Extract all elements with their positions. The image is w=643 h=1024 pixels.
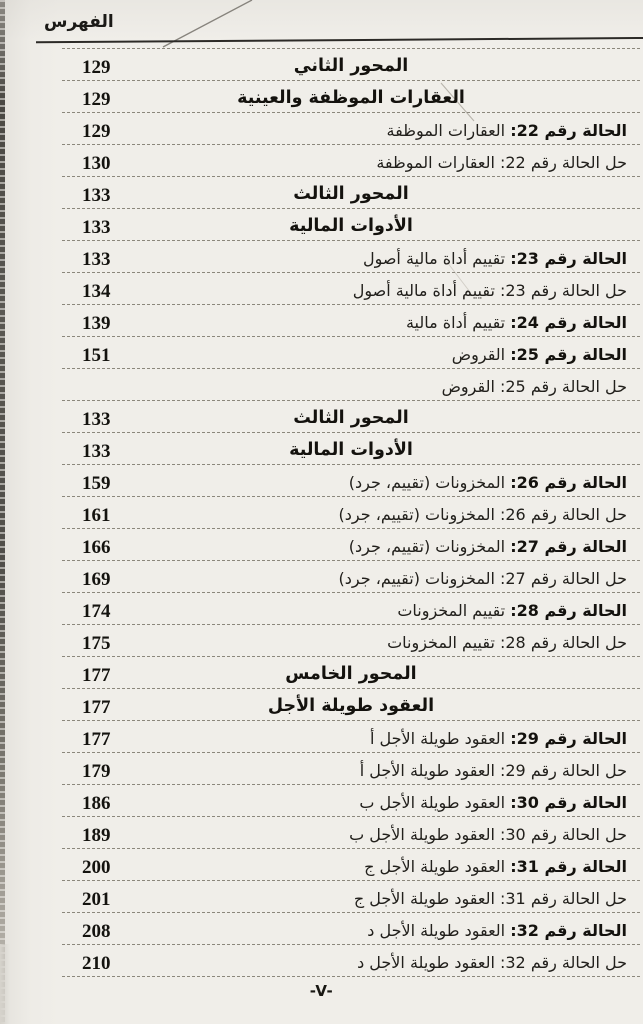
toc-row: الحالة رقم 22: العقارات الموظفة129 xyxy=(62,113,640,145)
entry-title: العقارات الموظفة والعينية xyxy=(62,89,640,108)
toc-row: الحالة رقم 23: تقييم أداة مالية أصول133 xyxy=(62,241,640,273)
entry-page-number: 179 xyxy=(82,762,111,781)
entry-title: العقود طويلة الأجل xyxy=(62,697,640,716)
toc-row: حل الحالة رقم 27: المخزونات (تقييم، جرد)… xyxy=(62,561,640,593)
toc-row: حل الحالة رقم 30: العقود طويلة الأجل ب18… xyxy=(62,817,640,849)
toc-row: حل الحالة رقم 26: المخزونات (تقييم، جرد)… xyxy=(62,497,640,529)
entry-page-number: 130 xyxy=(82,154,111,173)
entry-title: المحور الثالث xyxy=(62,185,640,204)
entry-title: حل الحالة رقم 25: القروض xyxy=(162,378,627,396)
entry-title-bold-prefix: الحالة رقم 23: xyxy=(510,249,627,268)
entry-title-rest: القروض xyxy=(452,345,510,364)
header-rule xyxy=(36,37,643,43)
entry-page-number: 139 xyxy=(82,314,111,333)
entry-title: الحالة رقم 31: العقود طويلة الأجل ج xyxy=(162,858,627,876)
toc-row: الأدوات المالية133 xyxy=(62,433,640,465)
entry-title-rest: المخزونات (تقييم، جرد) xyxy=(349,473,510,492)
entry-title: الحالة رقم 30: العقود طويلة الأجل ب xyxy=(162,794,627,812)
entry-title-bold-prefix: الحالة رقم 31: xyxy=(510,857,627,876)
entry-title-rest: تقييم أداة مالية xyxy=(406,313,510,332)
entry-title-rest: تقييم أداة مالية أصول xyxy=(363,249,510,268)
entry-page-number: 151 xyxy=(82,346,111,365)
entry-title-bold-prefix: الحالة رقم 32: xyxy=(510,921,627,940)
entry-page-number: 129 xyxy=(82,90,111,109)
entry-title-rest: العقود طويلة الأجل د xyxy=(367,921,510,940)
entry-page-number: 200 xyxy=(82,858,111,877)
entry-page-number: 133 xyxy=(82,250,111,269)
toc-row: العقود طويلة الأجل177 xyxy=(62,689,640,721)
entry-page-number: 133 xyxy=(82,442,111,461)
entry-title: المحور الثاني xyxy=(62,57,640,76)
entry-page-number: 133 xyxy=(82,218,111,237)
entry-title: الحالة رقم 32: العقود طويلة الأجل د xyxy=(162,922,627,940)
entry-title-bold-prefix: الحالة رقم 29: xyxy=(510,729,627,748)
entry-title: حل الحالة رقم 31: العقود طويلة الأجل ج xyxy=(162,890,627,908)
entry-title: حل الحالة رقم 22: العقارات الموظفة xyxy=(162,154,627,172)
entry-title-rest: العقود طويلة الأجل ب xyxy=(359,793,510,812)
entry-title: المحور الخامس xyxy=(62,665,640,684)
entry-title: حل الحالة رقم 26: المخزونات (تقييم، جرد) xyxy=(162,506,627,524)
toc-row: العقارات الموظفة والعينية129 xyxy=(62,81,640,113)
toc-row: الحالة رقم 31: العقود طويلة الأجل ج200 xyxy=(62,849,640,881)
toc-row: الحالة رقم 25: القروض151 xyxy=(62,337,640,369)
entry-page-number: 129 xyxy=(82,122,111,141)
toc-row: المحور الثالث133 xyxy=(62,177,640,209)
entry-page-number: 174 xyxy=(82,602,111,621)
entry-title-bold-prefix: الحالة رقم 25: xyxy=(510,345,627,364)
entry-title: الحالة رقم 26: المخزونات (تقييم، جرد) xyxy=(162,474,627,492)
entry-title-rest: تقييم المخزونات xyxy=(397,601,510,620)
entry-title: الحالة رقم 29: العقود طويلة الأجل أ xyxy=(162,730,627,748)
toc-row: حل الحالة رقم 31: العقود طويلة الأجل ج20… xyxy=(62,881,640,913)
entry-title-rest: المخزونات (تقييم، جرد) xyxy=(349,537,510,556)
entry-page-number: 210 xyxy=(82,954,111,973)
entry-title-rest: العقارات الموظفة xyxy=(387,121,511,140)
entry-page-number: 129 xyxy=(82,58,111,77)
entry-page-number: 166 xyxy=(82,538,111,557)
toc-row: حل الحالة رقم 22: العقارات الموظفة130 xyxy=(62,145,640,177)
entry-title: الحالة رقم 22: العقارات الموظفة xyxy=(162,122,627,140)
toc-row: المحور الخامس177 xyxy=(62,657,640,689)
entry-title-rest: العقود طويلة الأجل أ xyxy=(370,729,510,748)
entry-title: حل الحالة رقم 32: العقود طويلة الأجل د xyxy=(162,954,627,972)
entry-page-number: 133 xyxy=(82,410,111,429)
entry-title-bold-prefix: الحالة رقم 26: xyxy=(510,473,627,492)
toc-row: الحالة رقم 29: العقود طويلة الأجل أ177 xyxy=(62,721,640,753)
entry-title: الأدوات المالية xyxy=(62,217,640,236)
entry-title: الحالة رقم 27: المخزونات (تقييم، جرد) xyxy=(162,538,627,556)
binding-speckle-texture xyxy=(0,0,5,1024)
toc-row: الأدوات المالية133 xyxy=(62,209,640,241)
entry-page-number: 133 xyxy=(82,186,111,205)
entry-title: حل الحالة رقم 27: المخزونات (تقييم، جرد) xyxy=(162,570,627,588)
entry-title: الأدوات المالية xyxy=(62,441,640,460)
entry-title-bold-prefix: الحالة رقم 22: xyxy=(510,121,627,140)
entry-title-bold-prefix: الحالة رقم 30: xyxy=(510,793,627,812)
entry-page-number: 177 xyxy=(82,666,111,685)
toc-row: حل الحالة رقم 25: القروض xyxy=(62,369,640,401)
toc-row: حل الحالة رقم 32: العقود طويلة الأجل د21… xyxy=(62,945,640,977)
entry-page-number: 175 xyxy=(82,634,111,653)
entry-title: حل الحالة رقم 28: تقييم المخزونات xyxy=(162,634,627,652)
entry-page-number: 134 xyxy=(82,282,111,301)
toc-row: المحور الثالث133 xyxy=(62,401,640,433)
toc-row: حل الحالة رقم 28: تقييم المخزونات175 xyxy=(62,625,640,657)
entry-title: حل الحالة رقم 23: تقييم أداة مالية أصول xyxy=(162,282,627,300)
toc-row: حل الحالة رقم 23: تقييم أداة مالية أصول1… xyxy=(62,273,640,305)
entry-page-number: 161 xyxy=(82,506,111,525)
entry-title: الحالة رقم 23: تقييم أداة مالية أصول xyxy=(162,250,627,268)
entry-page-number: 208 xyxy=(82,922,111,941)
page-title: الفهرس xyxy=(44,12,114,32)
toc-row: حل الحالة رقم 29: العقود طويلة الأجل أ17… xyxy=(62,753,640,785)
toc-table: المحور الثاني129العقارات الموظفة والعيني… xyxy=(62,48,640,977)
toc-row: المحور الثاني129 xyxy=(62,49,640,81)
entry-title-bold-prefix: الحالة رقم 27: xyxy=(510,537,627,556)
entry-title: الحالة رقم 28: تقييم المخزونات xyxy=(162,602,627,620)
entry-title: الحالة رقم 24: تقييم أداة مالية xyxy=(162,314,627,332)
entry-title: المحور الثالث xyxy=(62,409,640,428)
entry-title: حل الحالة رقم 29: العقود طويلة الأجل أ xyxy=(162,762,627,780)
entry-page-number: 186 xyxy=(82,794,111,813)
toc-row: الحالة رقم 32: العقود طويلة الأجل د208 xyxy=(62,913,640,945)
entry-title: الحالة رقم 25: القروض xyxy=(162,346,627,364)
entry-title: حل الحالة رقم 30: العقود طويلة الأجل ب xyxy=(162,826,627,844)
entry-page-number: 189 xyxy=(82,826,111,845)
toc-row: الحالة رقم 24: تقييم أداة مالية139 xyxy=(62,305,640,337)
entry-page-number: 177 xyxy=(82,730,111,749)
footer-page-number: -V- xyxy=(0,982,643,1000)
toc-row: الحالة رقم 30: العقود طويلة الأجل ب186 xyxy=(62,785,640,817)
entry-page-number: 169 xyxy=(82,570,111,589)
entry-title-bold-prefix: الحالة رقم 24: xyxy=(510,313,627,332)
toc-row: الحالة رقم 26: المخزونات (تقييم، جرد)159 xyxy=(62,465,640,497)
entry-title-bold-prefix: الحالة رقم 28: xyxy=(510,601,627,620)
entry-page-number: 159 xyxy=(82,474,111,493)
toc-row: الحالة رقم 28: تقييم المخزونات174 xyxy=(62,593,640,625)
entry-page-number: 201 xyxy=(82,890,111,909)
toc-row: الحالة رقم 27: المخزونات (تقييم، جرد)166 xyxy=(62,529,640,561)
entry-title-rest: العقود طويلة الأجل ج xyxy=(364,857,510,876)
entry-page-number: 177 xyxy=(82,698,111,717)
